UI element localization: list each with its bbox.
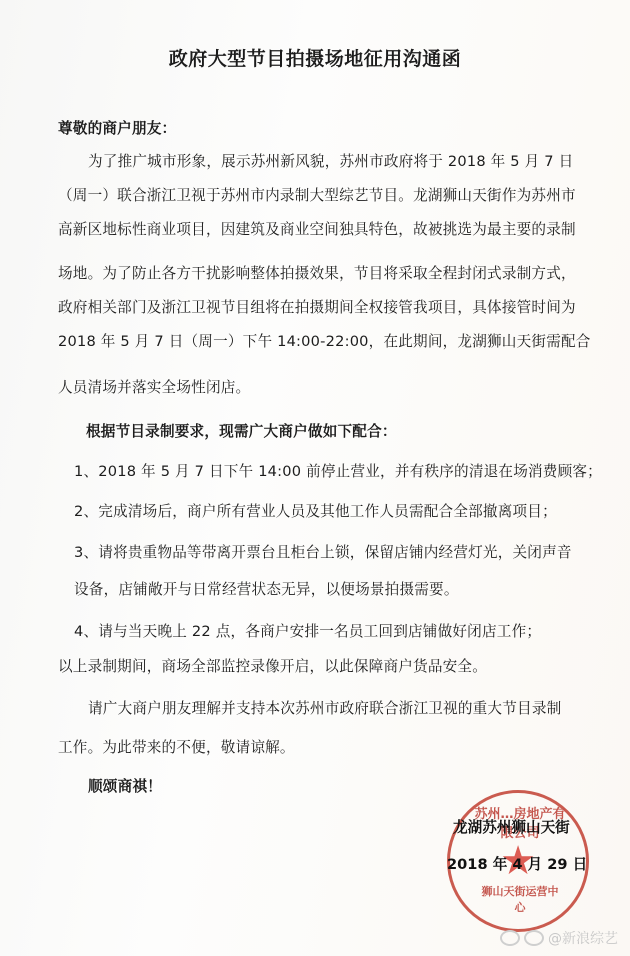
signature-date: 2018 年 4 月 29 日 xyxy=(447,853,587,874)
signature-organization: 龙湖苏州狮山天街 xyxy=(453,816,570,837)
closing-paragraph-line: 请广大商户朋友理解并支持本次苏州市政府联合浙江卫视的重大节目录制 xyxy=(88,697,561,718)
paragraph-line: （周一）联合浙江卫视于苏州市内录制大型综艺节目。龙湖狮山天街作为苏州市 xyxy=(58,184,576,205)
watermark: @新浪综艺 xyxy=(500,928,618,948)
monitoring-note: 以上录制期间，商场全部监控录像开启，以此保障商户货品安全。 xyxy=(58,655,487,676)
document-page: 政府大型节目拍摄场地征用沟通函 尊敬的商户朋友： 为了推广城市形象，展示苏州新风… xyxy=(0,0,630,956)
salutation: 尊敬的商户朋友： xyxy=(58,117,176,138)
paragraph-line: 2018 年 5 月 7 日（周一）下午 14:00-22:00，在此期间，龙湖… xyxy=(58,330,591,351)
paragraph-line: 高新区地标性商业项目，因建筑及商业空间独具特色，故被挑选为最主要的录制 xyxy=(58,218,576,239)
weibo-icon xyxy=(500,930,520,946)
requirement-item-2: 2、完成清场后，商户所有营业人员及其他工作人员需配合全部撤离项目； xyxy=(74,500,557,521)
requirement-item-3: 3、请将贵重物品等带离开票台且柜台上锁，保留店铺内经营灯光，关闭声音 xyxy=(74,541,572,562)
requirements-heading: 根据节目录制要求，现需广大商户做如下配合： xyxy=(86,420,397,441)
closing-paragraph-line: 工作。为此带来的不便，敬请谅解。 xyxy=(58,736,295,757)
paragraph-line: 政府相关部门及浙江卫视节目组将在拍摄期间全权接管我项目，具体接管时间为 xyxy=(58,296,576,317)
requirement-item-1: 1、2018 年 5 月 7 日下午 14:00 前停止营业，并有秩序的清退在场… xyxy=(74,460,602,481)
watermark-text: @新浪综艺 xyxy=(548,928,618,948)
paragraph-line: 为了推广城市形象，展示苏州新风貌，苏州市政府将于 2018 年 5 月 7 日 xyxy=(88,150,573,171)
requirement-item-3-cont: 设备，店铺敞开与日常经营状态无异，以便场景拍摄需要。 xyxy=(74,578,459,599)
paragraph-line: 场地。为了防止各方干扰影响整体拍摄效果，节目将采取全程封闭式录制方式， xyxy=(58,262,576,283)
document-title: 政府大型节目拍摄场地征用沟通函 xyxy=(0,44,630,71)
weibo-icon xyxy=(524,930,544,946)
paragraph-line: 人员清场并落实全场性闭店。 xyxy=(58,376,250,397)
seal-arc-bottom-text: 狮山天街运营中心 xyxy=(480,883,560,915)
requirement-item-4: 4、请与当天晚上 22 点，各商户安排一名员工回到店铺做好闭店工作； xyxy=(74,620,541,641)
closing-greeting: 顺颂商祺！ xyxy=(88,775,162,796)
